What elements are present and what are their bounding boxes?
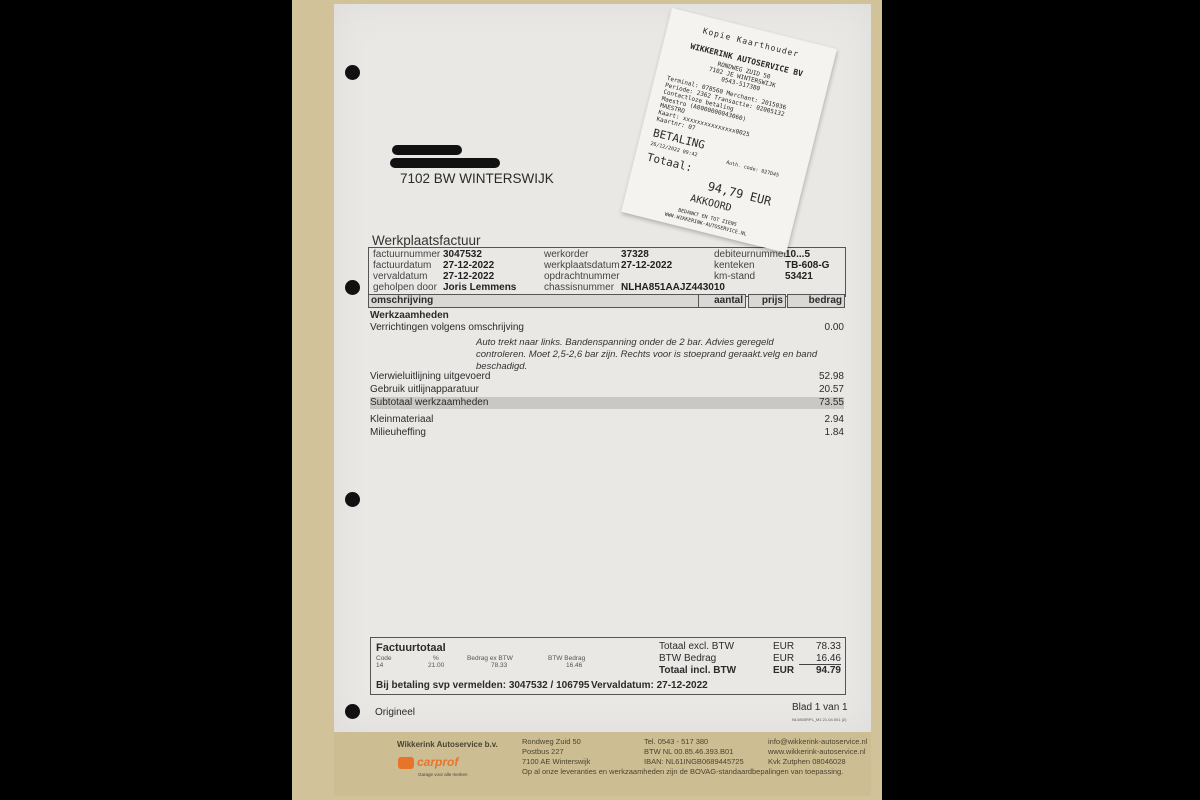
subtotal-row: Subtotaal werkzaamheden73.55 <box>370 397 844 409</box>
value-chassisnummer: NLHA851AAJZ443010 <box>621 282 725 294</box>
punch-hole <box>345 704 360 719</box>
payment-reference: Bij betaling svp vermelden: 3047532 / 10… <box>376 680 589 691</box>
line-item: Vierwieluitlijning uitgevoerd52.98 <box>370 371 844 383</box>
vat-header-pct: % <box>433 655 439 662</box>
punch-hole <box>345 65 360 80</box>
invoice-info-box: factuurnummer 3047532 werkorder 37328 de… <box>368 247 846 297</box>
invoice-total-box: Factuurtotaal Code % Bedrag ex BTW BTW B… <box>370 637 846 695</box>
city-line: 7102 BW WINTERSWIJK <box>400 171 554 186</box>
total-title: Factuurtotaal <box>376 642 446 654</box>
vat-header-vat: BTW Bedrag <box>548 655 585 662</box>
vat-header-base: Bedrag ex BTW <box>467 655 513 662</box>
line-item: Gebruik uitlijnapparatuur20.57 <box>370 384 844 396</box>
excl-value: 78.33 <box>816 641 841 652</box>
line-item: Kleinmateriaal2.94 <box>370 414 844 426</box>
vat-pct: 21.00 <box>428 662 444 669</box>
footer-company: Wikkerink Autoservice b.v. <box>397 740 498 750</box>
due-date: Vervaldatum: 27-12-2022 <box>591 680 708 691</box>
recipient-address: 7102 BW WINTERSWIJK <box>400 145 554 186</box>
footer-terms: Op al onze leveranties en werkzaamheden … <box>522 767 843 777</box>
incl-value: 94.79 <box>816 665 841 676</box>
invoice-title: Werkplaatsfactuur <box>372 233 481 248</box>
btw-value: 16.46 <box>799 653 841 665</box>
excl-label: Totaal excl. BTW <box>659 641 734 652</box>
line-item: Milieuheffing1.84 <box>370 427 844 439</box>
redacted-street <box>390 158 500 168</box>
footer-address: Rondweg Zuid 50Postbus 2277100 AE Winter… <box>522 737 590 767</box>
label-chassisnummer: chassisnummer <box>544 282 614 294</box>
punch-hole <box>345 492 360 507</box>
vat-code: 14 <box>376 662 383 669</box>
punch-hole <box>345 280 360 295</box>
form-code: NL0800RPL_M1 21.04.001 (2) <box>792 717 846 722</box>
original-label: Origineel <box>375 707 415 718</box>
receipt-auth: Auth. code: 027D45 <box>725 160 779 180</box>
page-number: Blad 1 van 1 <box>792 702 848 713</box>
column-omschrijving: omschrijving <box>368 294 699 308</box>
incl-currency: EUR <box>773 665 794 676</box>
footer-web: info@wikkerink-autoservice.nlwww.wikkeri… <box>768 737 867 767</box>
carprof-logo: carprof <box>398 755 458 769</box>
line-item: Verrichtingen volgens omschrijving0.00 <box>370 322 844 334</box>
value-geholpen-door: Joris Lemmens <box>443 282 516 294</box>
brand-tagline: Garage voor alle merken <box>418 770 468 780</box>
redacted-name <box>392 145 462 155</box>
column-aantal: aantal <box>698 294 746 308</box>
footer-contact: Tel. 0543 - 517 380BTW NL 00.85.46.393.B… <box>644 737 744 767</box>
vat-amount: 16.46 <box>566 662 582 669</box>
incl-label: Totaal incl. BTW <box>659 665 736 676</box>
vat-header-code: Code <box>376 655 392 662</box>
work-note: Auto trekt naar links. Bandenspanning on… <box>476 337 826 373</box>
column-prijs: prijs <box>748 294 786 308</box>
column-bedrag: bedrag <box>787 294 845 308</box>
label-geholpen-door: geholpen door <box>373 282 437 294</box>
btw-label: BTW Bedrag <box>659 653 716 664</box>
section-title: Werkzaamheden <box>370 310 844 322</box>
excl-currency: EUR <box>773 641 794 652</box>
carprof-logo-icon <box>398 757 414 769</box>
vat-base: 78.33 <box>491 662 507 669</box>
btw-currency: EUR <box>773 653 794 664</box>
